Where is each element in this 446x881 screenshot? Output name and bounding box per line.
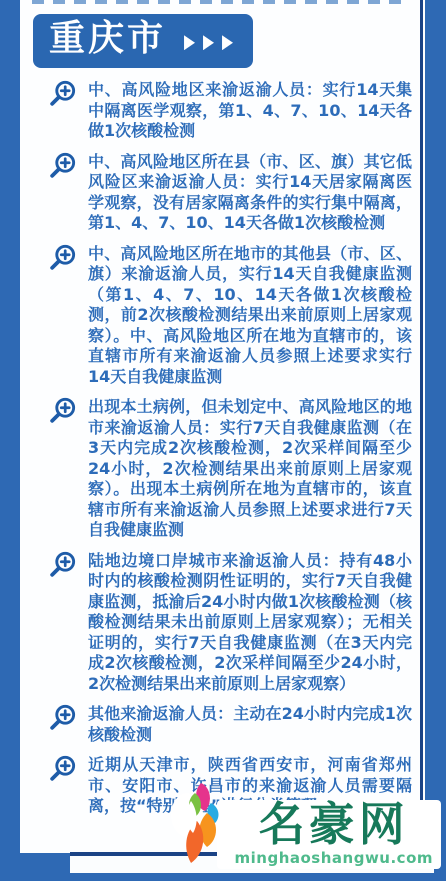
magnifier-plus-icon [48,243,77,272]
policy-text: 中、高风险地区所在地市的其他县（市、区、旗）来渝返渝人员，实行14天自我健康监测… [88,244,412,388]
list-item: 出现本土病例，但未划定中、高风险地区的地市来渝返渝人员：实行7天自我健康监测（在… [48,397,412,541]
magnifier-plus-icon [48,79,77,108]
dashed-divider [32,0,402,4]
chongqing-policy-poster: { "header": { "title": "重庆市" }, "items":… [0,0,446,881]
arrow-right-icon [184,35,195,50]
content-card: 重庆市 中、高风险地区来渝返渝人员：实行14天集中隔离医学观察，第1、4、7、1… [20,0,423,853]
policy-text: 其他来渝返渝人员：主动在24小时内完成1次核酸检测 [88,704,412,745]
watermark-site-url: minghaoshangwu.com [235,849,434,867]
arrow-right-icon [203,35,214,50]
region-header: 重庆市 [33,14,253,68]
policy-text: 中、高风险地区来渝返渝人员：实行14天集中隔离医学观察，第1、4、7、10、14… [88,80,412,142]
watermark-text-box: 名豪网 minghaoshangwu.com [217,800,442,869]
magnifier-plus-icon [48,754,77,783]
policy-text: 出现本土病例，但未划定中、高风险地区的地市来渝返渝人员：实行7天自我健康监测（在… [88,397,412,541]
list-item: 中、高风险地区来渝返渝人员：实行14天集中隔离医学观察，第1、4、7、10、14… [48,80,412,142]
policy-list: 中、高风险地区来渝返渝人员：实行14天集中隔离医学观察，第1、4、7、10、14… [48,80,412,817]
magnifier-plus-icon [48,703,77,732]
list-item: 其他来渝返渝人员：主动在24小时内完成1次核酸检测 [48,704,412,745]
page-title: 重庆市 [49,19,166,59]
flower-logo-icon [167,777,231,869]
watermark-site-name: 名豪网 [259,800,409,848]
policy-text: 中、高风险地区所在县（市、区、旗）其它低风险区来渝返渝人员：实行14天居家隔离医… [88,152,412,234]
header-arrows [176,35,233,50]
site-watermark: 名豪网 minghaoshangwu.com [167,777,442,869]
list-item: 陆地边境口岸城市来渝返渝人员：持有48小时内的核酸检测阴性证明的，实行7天自我健… [48,551,412,695]
magnifier-plus-icon [48,151,77,180]
magnifier-plus-icon [48,550,77,579]
list-item: 中、高风险地区所在县（市、区、旗）其它低风险区来渝返渝人员：实行14天居家隔离医… [48,152,412,234]
magnifier-plus-icon [48,396,77,425]
list-item: 中、高风险地区所在地市的其他县（市、区、旗）来渝返渝人员，实行14天自我健康监测… [48,244,412,388]
policy-text: 陆地边境口岸城市来渝返渝人员：持有48小时内的核酸检测阴性证明的，实行7天自我健… [88,551,412,695]
arrow-right-icon [222,35,233,50]
